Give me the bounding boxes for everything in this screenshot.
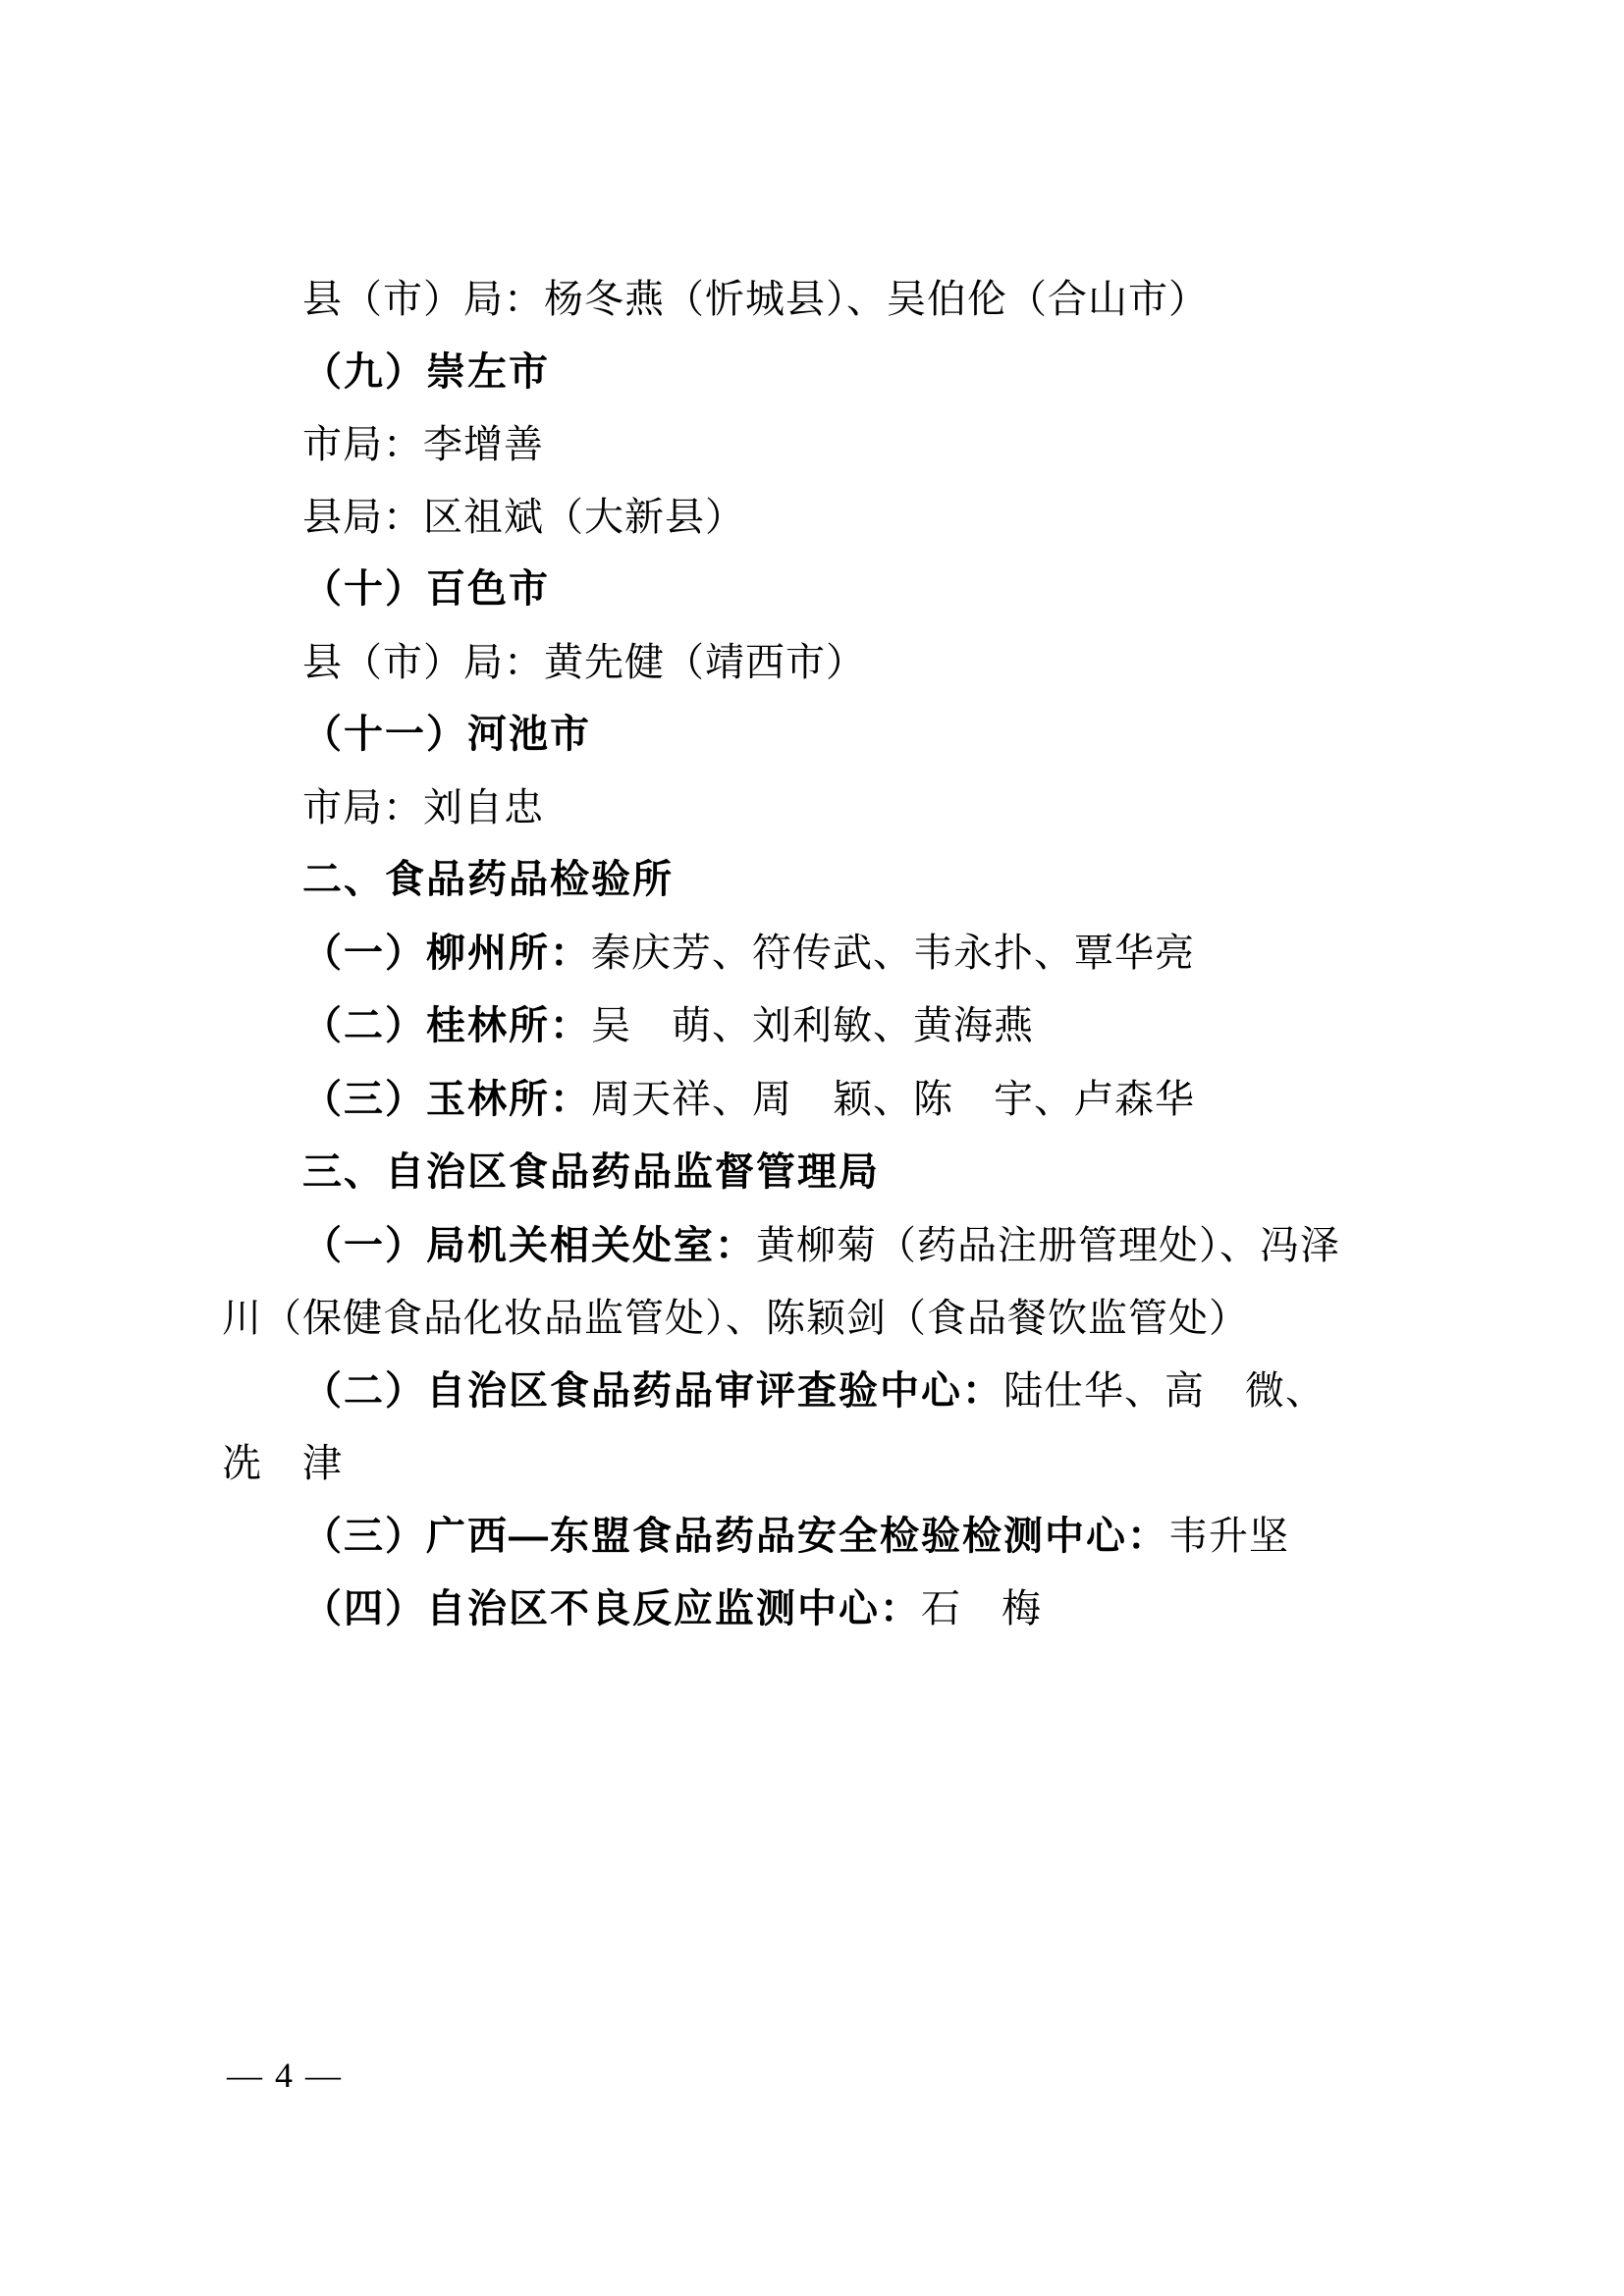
heading-segment: （十）百色市: [302, 567, 550, 611]
text-segment: 石 梅: [921, 1586, 1042, 1630]
text-line: （四）自治区不良反应监测中心：石 梅: [222, 1573, 1449, 1646]
heading-segment: （九）崇左市: [302, 350, 550, 394]
heading-segment: （三）玉林所：: [302, 1078, 591, 1121]
text-segment: 陆仕华、高 微、: [1003, 1368, 1326, 1413]
text-segment: 秦庆芳、符传武、韦永扑、覃华亮: [591, 931, 1195, 975]
text-segment: 黄柳菊（药品注册管理处）、冯泽: [756, 1223, 1340, 1267]
text-line: （二）自治区食品药品审评查验中心：陆仕华、高 微、: [222, 1355, 1449, 1428]
text-segment: 吴 萌、刘利敏、黄海燕: [591, 1003, 1034, 1047]
document-body: 县（市）局：杨冬燕（忻城县）、吴伯伦（合山市）（九）崇左市市局：李增善县局：区祖…: [222, 263, 1449, 1646]
text-line: （一）柳州所：秦庆芳、符传武、韦永扑、覃华亮: [222, 917, 1449, 990]
document-page: 县（市）局：杨冬燕（忻城县）、吴伯伦（合山市）（九）崇左市市局：李增善县局：区祖…: [0, 0, 1624, 2296]
heading-segment: 二、食品药品检验所: [302, 858, 674, 901]
text-line: （九）崇左市: [222, 336, 1449, 409]
text-line: （三）广西—东盟食品药品安全检验检测中心：韦升坚: [222, 1500, 1449, 1574]
text-line: 市局：李增善: [222, 408, 1449, 481]
text-segment: 市局：刘自忠: [302, 785, 544, 829]
text-line: 县（市）局：黄先健（靖西市）: [222, 626, 1449, 699]
heading-segment: （三）广西—东盟食品药品安全检验检测中心：: [302, 1515, 1168, 1558]
text-line: 川（保健食品化妆品监管处）、陈颖剑（食品餐饮监管处）: [222, 1282, 1449, 1355]
text-line: 冼 津: [222, 1427, 1449, 1500]
text-line: （十一）河池市: [222, 698, 1449, 772]
heading-segment: （一）柳州所：: [302, 932, 591, 975]
text-segment: 川（保健食品化妆品监管处）、陈颖剑（食品餐饮监管处）: [222, 1296, 1249, 1340]
text-line: （十）百色市: [222, 553, 1449, 626]
text-segment: 县（市）局：杨冬燕（忻城县）、吴伯伦（合山市）: [302, 277, 1209, 321]
text-segment: 市局：李增善: [302, 422, 544, 466]
text-line: 县局：区祖斌（大新县）: [222, 481, 1449, 554]
page-number: — 4 —: [201, 2052, 368, 2099]
text-segment: 韦升坚: [1168, 1514, 1289, 1558]
heading-segment: （二）自治区食品药品审评查验中心：: [302, 1369, 1003, 1413]
heading-segment: （十一）河池市: [302, 713, 591, 756]
heading-segment: 三、自治区食品药品监督管理局: [302, 1150, 880, 1194]
text-segment: 县局：区祖斌（大新县）: [302, 495, 745, 539]
text-line: 市局：刘自忠: [222, 772, 1449, 844]
text-segment: 周天祥、周 颖、陈 宇、卢森华: [591, 1077, 1195, 1121]
text-line: 二、食品药品检验所: [222, 843, 1449, 917]
text-segment: 县（市）局：黄先健（靖西市）: [302, 640, 866, 684]
heading-segment: （二）桂林所：: [302, 1004, 591, 1047]
text-line: （一）局机关相关处室：黄柳菊（药品注册管理处）、冯泽: [222, 1209, 1449, 1283]
heading-segment: （四）自治区不良反应监测中心：: [302, 1587, 921, 1630]
text-segment: 冼 津: [222, 1441, 343, 1485]
text-line: （三）玉林所：周天祥、周 颖、陈 宇、卢森华: [222, 1063, 1449, 1137]
text-line: （二）桂林所：吴 萌、刘利敏、黄海燕: [222, 989, 1449, 1063]
text-line: 县（市）局：杨冬燕（忻城县）、吴伯伦（合山市）: [222, 263, 1449, 336]
heading-segment: （一）局机关相关处室：: [302, 1224, 756, 1267]
text-line: 三、自治区食品药品监督管理局: [222, 1136, 1449, 1209]
